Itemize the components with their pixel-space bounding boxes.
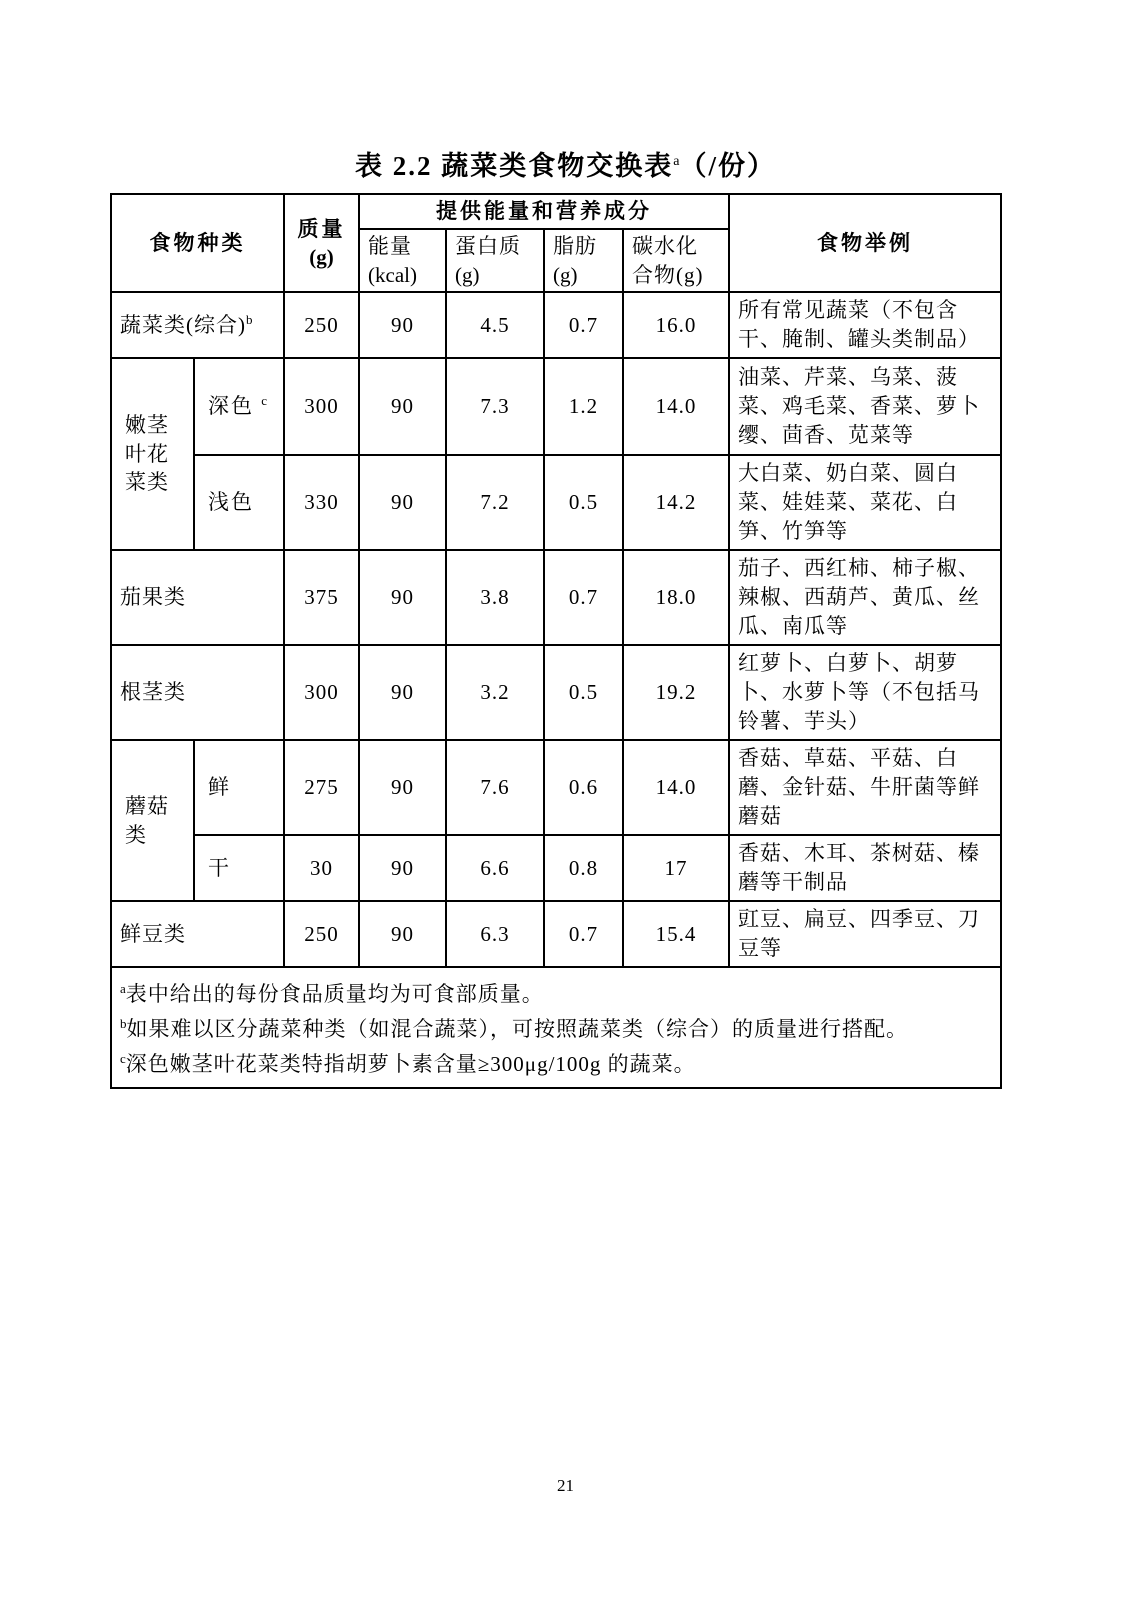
cell-subcategory: 深色 c	[194, 358, 284, 455]
subcategory-label: 深色	[208, 394, 254, 418]
table-row: 干 30 90 6.6 0.8 17 香菇、木耳、茶树菇、榛蘑等干制品	[111, 835, 1001, 901]
header-carbohydrate-line2: 合物(g)	[632, 261, 721, 290]
header-mass-line2: (g)	[292, 243, 351, 272]
cell-examples: 油菜、芹菜、乌菜、菠菜、鸡毛菜、香菜、萝卜缨、茴香、苋菜等	[729, 358, 1001, 455]
cell-examples: 大白菜、奶白菜、圆白菜、娃娃菜、菜花、白笋、竹笋等	[729, 455, 1001, 550]
cell-mass: 300	[284, 645, 359, 740]
header-fat: 脂肪 (g)	[544, 229, 623, 292]
cell-fat: 0.8	[544, 835, 623, 901]
table-row: 根茎类 300 90 3.2 0.5 19.2 红萝卜、白萝卜、胡萝卜、水萝卜等…	[111, 645, 1001, 740]
header-fat-line2: (g)	[553, 261, 615, 290]
cell-carbohydrate: 15.4	[623, 901, 729, 967]
cell-mass: 275	[284, 740, 359, 835]
table-row-footnotes: a表中给出的每份食品质量均为可食部质量。 b如果难以区分蔬菜种类（如混合蔬菜），…	[111, 967, 1001, 1088]
table-row: 蔬菜类(综合)b 250 90 4.5 0.7 16.0 所有常见蔬菜（不包含干…	[111, 292, 1001, 358]
cell-examples: 茄子、西红柿、柿子椒、辣椒、西葫芦、黄瓜、丝瓜、南瓜等	[729, 550, 1001, 645]
header-protein-line2: (g)	[455, 261, 536, 290]
cell-energy: 90	[359, 645, 446, 740]
footnote-a-text: 表中给出的每份食品质量均为可食部质量。	[126, 982, 544, 1006]
cell-carbohydrate: 14.0	[623, 740, 729, 835]
cell-carbohydrate: 16.0	[623, 292, 729, 358]
cell-subcategory: 浅色	[194, 455, 284, 550]
cell-carbohydrate: 19.2	[623, 645, 729, 740]
header-mass: 质量 (g)	[284, 194, 359, 292]
subcategory-footnote-marker: c	[261, 393, 267, 408]
header-carbohydrate-line1: 碳水化	[632, 232, 721, 261]
cell-examples: 红萝卜、白萝卜、胡萝卜、水萝卜等（不包括马铃薯、芋头）	[729, 645, 1001, 740]
header-fat-line1: 脂肪	[553, 232, 615, 261]
cell-fat: 0.5	[544, 455, 623, 550]
table-title-unit: （/份）	[679, 151, 776, 181]
cell-carbohydrate: 14.0	[623, 358, 729, 455]
page-number: 21	[0, 1476, 1131, 1496]
table-row: 蘑菇类 鲜 275 90 7.6 0.6 14.0 香菇、草菇、平菇、白蘑、金针…	[111, 740, 1001, 835]
cell-category: 蔬菜类(综合)b	[111, 292, 284, 358]
cell-fat: 0.7	[544, 901, 623, 967]
cell-category: 茄果类	[111, 550, 284, 645]
cell-energy: 90	[359, 901, 446, 967]
cell-fat: 0.7	[544, 292, 623, 358]
header-examples: 食物举例	[729, 194, 1001, 292]
vegetable-exchange-table: 食物种类 质量 (g) 提供能量和营养成分 食物举例 能量 (kcal) 蛋白质	[110, 193, 1002, 1089]
table-title: 表 2.2 蔬菜类食物交换表a（/份）	[0, 144, 1131, 183]
header-food-type: 食物种类	[111, 194, 284, 292]
cell-protein: 7.3	[446, 358, 544, 455]
category-footnote-marker: b	[246, 312, 253, 327]
cell-protein: 4.5	[446, 292, 544, 358]
header-energy-line2: (kcal)	[368, 261, 438, 290]
category-label: 蔬菜类(综合)	[120, 313, 246, 337]
header-nutrition-group: 提供能量和营养成分	[359, 194, 729, 229]
footnote-b-text: 如果难以区分蔬菜种类（如混合蔬菜），可按照蔬菜类（综合）的质量进行搭配。	[127, 1017, 909, 1041]
cell-protein: 3.8	[446, 550, 544, 645]
cell-energy: 90	[359, 835, 446, 901]
cell-subcategory: 干	[194, 835, 284, 901]
cell-protein: 6.3	[446, 901, 544, 967]
cell-fat: 0.5	[544, 645, 623, 740]
cell-protein: 3.2	[446, 645, 544, 740]
cell-mass: 30	[284, 835, 359, 901]
cell-examples: 所有常见蔬菜（不包含干、腌制、罐头类制品）	[729, 292, 1001, 358]
cell-protein: 7.6	[446, 740, 544, 835]
table-row: 茄果类 375 90 3.8 0.7 18.0 茄子、西红柿、柿子椒、辣椒、西葫…	[111, 550, 1001, 645]
cell-energy: 90	[359, 292, 446, 358]
cell-mass: 375	[284, 550, 359, 645]
cell-examples: 香菇、木耳、茶树菇、榛蘑等干制品	[729, 835, 1001, 901]
cell-mass: 250	[284, 901, 359, 967]
cell-carbohydrate: 17	[623, 835, 729, 901]
header-mass-line1: 质量	[292, 215, 351, 244]
footnote-a: a表中给出的每份食品质量均为可食部质量。	[120, 974, 992, 1009]
cell-energy: 90	[359, 358, 446, 455]
footnotes-cell: a表中给出的每份食品质量均为可食部质量。 b如果难以区分蔬菜种类（如混合蔬菜），…	[111, 967, 1001, 1088]
footnote-c-text: 深色嫩茎叶花菜类特指胡萝卜素含量≥300μg/100g 的蔬菜。	[126, 1052, 696, 1076]
footnote-b: b如果难以区分蔬菜种类（如混合蔬菜），可按照蔬菜类（综合）的质量进行搭配。	[120, 1009, 992, 1044]
cell-category-group: 嫩茎叶花菜类	[111, 358, 194, 550]
table-row: 鲜豆类 250 90 6.3 0.7 15.4 豇豆、扁豆、四季豆、刀豆等	[111, 901, 1001, 967]
cell-mass: 250	[284, 292, 359, 358]
cell-protein: 6.6	[446, 835, 544, 901]
cell-carbohydrate: 14.2	[623, 455, 729, 550]
table-row: 嫩茎叶花菜类 深色 c 300 90 7.3 1.2 14.0 油菜、芹菜、乌菜…	[111, 358, 1001, 455]
cell-energy: 90	[359, 550, 446, 645]
cell-fat: 0.6	[544, 740, 623, 835]
cell-examples: 香菇、草菇、平菇、白蘑、金针菇、牛肝菌等鲜蘑菇	[729, 740, 1001, 835]
cell-carbohydrate: 18.0	[623, 550, 729, 645]
table-title-text: 表 2.2 蔬菜类食物交换表	[355, 151, 673, 181]
table-row: 浅色 330 90 7.2 0.5 14.2 大白菜、奶白菜、圆白菜、娃娃菜、菜…	[111, 455, 1001, 550]
cell-fat: 0.7	[544, 550, 623, 645]
footnote-c: c深色嫩茎叶花菜类特指胡萝卜素含量≥300μg/100g 的蔬菜。	[120, 1044, 992, 1079]
header-protein: 蛋白质 (g)	[446, 229, 544, 292]
cell-energy: 90	[359, 740, 446, 835]
cell-category: 鲜豆类	[111, 901, 284, 967]
cell-mass: 330	[284, 455, 359, 550]
cell-subcategory: 鲜	[194, 740, 284, 835]
cell-energy: 90	[359, 455, 446, 550]
cell-fat: 1.2	[544, 358, 623, 455]
header-energy-line1: 能量	[368, 232, 438, 261]
cell-protein: 7.2	[446, 455, 544, 550]
header-protein-line1: 蛋白质	[455, 232, 536, 261]
cell-category-group: 蘑菇类	[111, 740, 194, 901]
cell-mass: 300	[284, 358, 359, 455]
header-carbohydrate: 碳水化 合物(g)	[623, 229, 729, 292]
cell-examples: 豇豆、扁豆、四季豆、刀豆等	[729, 901, 1001, 967]
header-energy: 能量 (kcal)	[359, 229, 446, 292]
cell-category: 根茎类	[111, 645, 284, 740]
